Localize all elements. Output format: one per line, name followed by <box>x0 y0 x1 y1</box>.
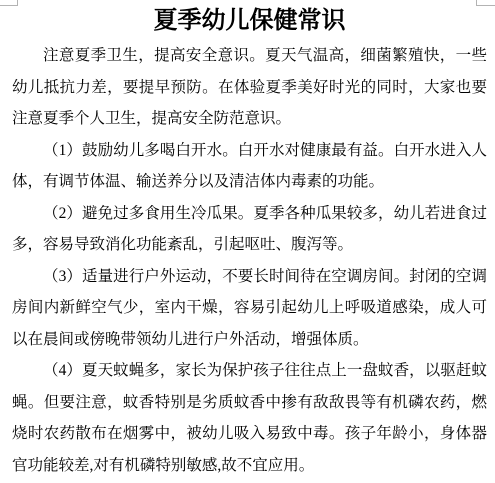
paragraph-item-3-outdoor-exercise: （3）适量进行户外运动，不要长时间待在空调房间。封闭的空调房间内新鲜空气少，室内… <box>12 261 487 356</box>
document-body: 夏季幼儿保健常识 注意夏季卫生，提高安全意识。夏天气温高，细菌繁殖快，一些幼儿抵… <box>12 2 487 481</box>
paragraph-item-2-cold-fruit: （2）避免过多食用生冷瓜果。夏季各种瓜果较多，幼儿若进食过多，容易导致消化功能紊… <box>12 198 487 261</box>
document-title: 夏季幼儿保健常识 <box>12 2 487 40</box>
paragraph-item-1-drink-water: （1）鼓励幼儿多喝白开水。白开水对健康最有益。白开水进入人体，有调节体温、输送养… <box>12 135 487 198</box>
document-page: 夏季幼儿保健常识 注意夏季卫生，提高安全意识。夏天气温高，细菌繁殖快，一些幼儿抵… <box>0 0 495 483</box>
paragraph-item-4-mosquito-coil: （4）夏天蚊蝇多，家长为保护孩子往往点上一盘蚊香，以驱赶蚊蝇。但要注意，蚊香特别… <box>12 355 487 481</box>
paragraph-intro: 注意夏季卫生，提高安全意识。夏天气温高，细菌繁殖快，一些幼儿抵抗力差，要提早预防… <box>12 40 487 135</box>
